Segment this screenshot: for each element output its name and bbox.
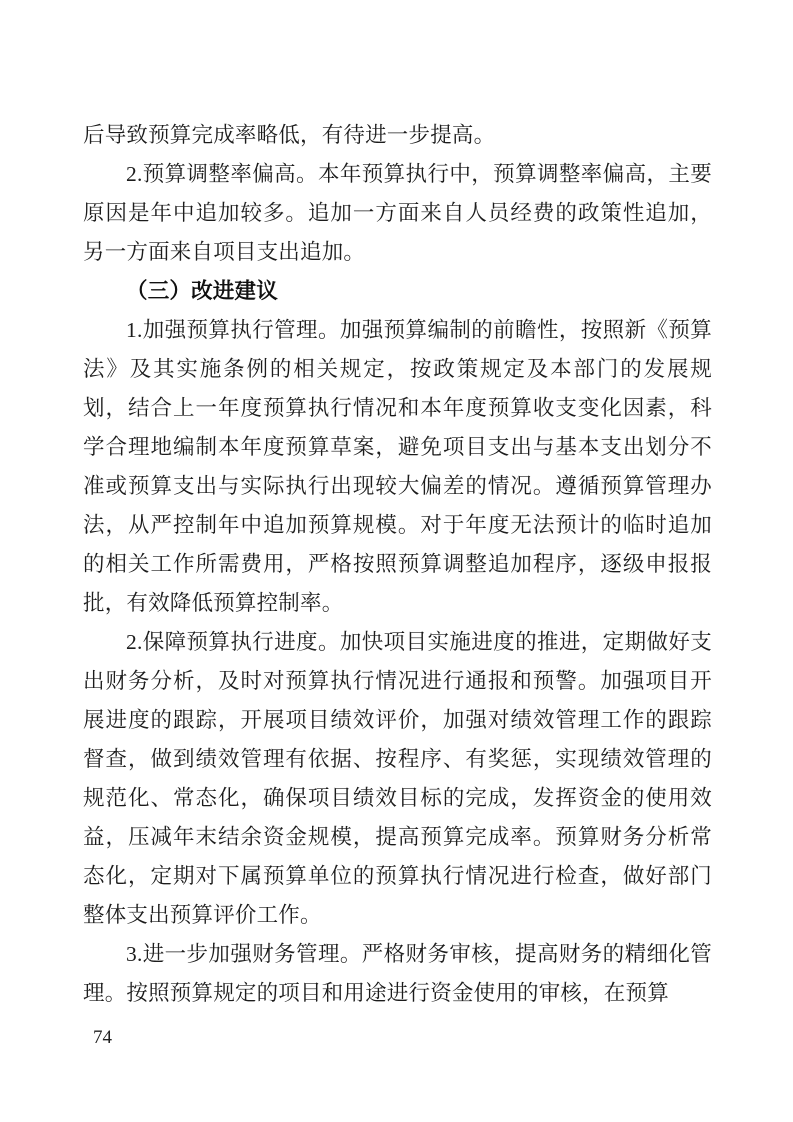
paragraph-suggestion-2: 2.保障预算执行进度。加快项目实施进度的推进，定期做好支出财务分析，及时对预算执…: [83, 623, 712, 935]
section-heading-improvement-suggestions: （三）改进建议: [83, 272, 712, 311]
paragraph-continuation: 后导致预算完成率略低，有待进一步提高。: [83, 116, 712, 155]
page-body-text: 后导致预算完成率略低，有待进一步提高。 2.预算调整率偏高。本年预算执行中，预算…: [83, 116, 712, 1013]
page-number: 74: [93, 1026, 112, 1050]
paragraph-suggestion-3: 3.进一步加强财务管理。严格财务审核，提高财务的精细化管理。按照预算规定的项目和…: [83, 935, 712, 1013]
paragraph-issue-2: 2.预算调整率偏高。本年预算执行中，预算调整率偏高，主要原因是年中追加较多。追加…: [83, 155, 712, 272]
paragraph-suggestion-1: 1.加强预算执行管理。加强预算编制的前瞻性，按照新《预算法》及其实施条例的相关规…: [83, 311, 712, 623]
document-page: 后导致预算完成率略低，有待进一步提高。 2.预算调整率偏高。本年预算执行中，预算…: [0, 0, 793, 1122]
